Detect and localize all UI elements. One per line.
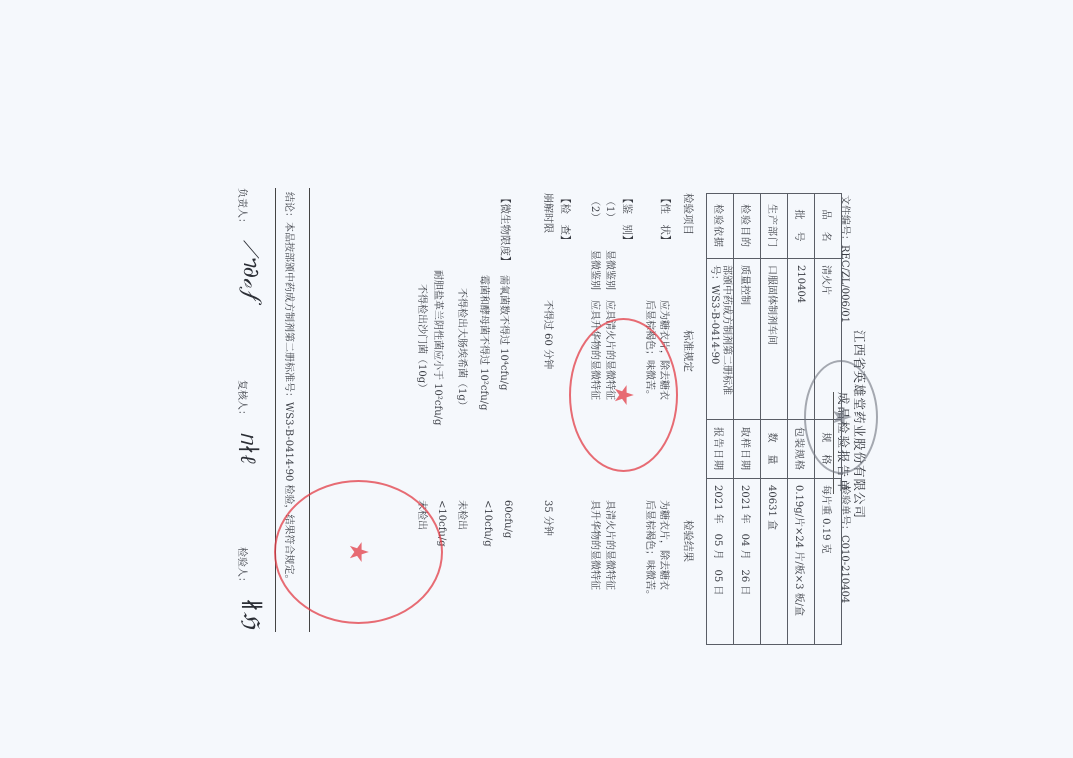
identification-2-name: 显微鉴别 [589, 250, 604, 290]
report-date-value: 2021 年 05 月 05 日 [707, 479, 734, 645]
product-name-label: 品 名 [815, 194, 842, 259]
star-icon: ★ [826, 405, 856, 428]
identification-1-name: 显微鉴别 [604, 250, 619, 290]
microbial-5-standard: 不得检出沙门菌（10g） [416, 284, 431, 393]
identification-2-no: （2） [589, 196, 604, 222]
inspection-title: 【检 查】 [558, 193, 573, 246]
department-label: 生产部门 [761, 194, 788, 259]
header-standard: 标准规定 [681, 330, 696, 372]
quantity-value: 40631 盒 [761, 479, 788, 645]
appearance-result-2: 后显棕褐色；味微苦。 [644, 500, 659, 600]
conclusion-label: 结论： [283, 192, 294, 222]
microbial-4-standard: 耐胆盐革兰阴性菌应小于 10²cfu/g [432, 270, 447, 425]
microbial-3-standard: 不得检出大肠埃希菌（1g） [456, 288, 471, 411]
purpose-value: 质量控制 [734, 259, 761, 420]
disintegration-standard: 不得过 60 分钟 [542, 300, 557, 369]
quantity-label: 数 量 [761, 420, 788, 479]
reviewer-label: 复核人： [236, 380, 251, 420]
table-row: 检验依据 部颁中药成方制剂第二册标准号：WS3-B-0414-90 报告日期 2… [707, 194, 734, 645]
inspection-report-page: 江西省英雄堂药业股份有限公司 文件编号：REC/ZL/006/01 成品检验报告… [0, 0, 1073, 758]
batch-label: 批 号 [788, 194, 815, 259]
inspector-label: 检验人： [236, 547, 251, 587]
microbial-1-result: 60cfu/g [502, 500, 513, 538]
microbial-2-result: <10cfu/g [482, 500, 493, 547]
gray-quality-stamp: ★ [804, 360, 878, 474]
identification-title: 【鉴 别】 [620, 193, 635, 246]
basis-label: 检验依据 [707, 194, 734, 259]
appearance-title: 【性 状】 [658, 193, 673, 246]
basis-value: 部颁中药成方制剂第二册标准号：WS3-B-0414-90 [707, 259, 734, 420]
header-item: 检验项目 [681, 193, 696, 235]
microbial-3-result: 未检出 [456, 500, 471, 530]
table-row: 生产部门 口服固体制剂车间 数 量 40631 盒 [761, 194, 788, 645]
red-qa-stamp: ★ [274, 480, 443, 624]
identification-2-result: 具升华物的显微特征 [589, 500, 604, 590]
star-icon: ★ [344, 540, 374, 563]
sampling-date-label: 取样日期 [734, 420, 761, 479]
report-date-label: 报告日期 [707, 420, 734, 479]
identification-1-result: 具清火片的显微特征 [604, 500, 619, 590]
identification-1-no: （1） [604, 196, 619, 222]
header-result: 检验结果 [681, 520, 696, 562]
microbial-1-standard: 需氧菌数不得过 10⁴cfu/g [498, 275, 513, 390]
red-company-stamp: ★ [569, 318, 678, 472]
star-icon: ★ [609, 383, 639, 406]
reviewer-signature: ᥒ∤ℓ [235, 432, 261, 464]
inspector-signature: ∦ℌ [238, 598, 263, 629]
responsible-signature: ⟋ᥐ∂ℴ⨏ [238, 240, 263, 301]
microbial-2-standard: 霉菌和酵母菌不得过 10²cfu/g [478, 275, 493, 410]
table-row: 检验目的 质量控制 取样日期 2021 年 04 月 26 日 [734, 194, 761, 645]
appearance-result-1: 为糖衣片，除去糖衣 [658, 500, 673, 590]
purpose-label: 检验目的 [734, 194, 761, 259]
microbial-title: 【微生物限度】 [498, 193, 513, 267]
packaging-value: 0.19g/片×24 片/板×3 板/盒 [788, 479, 815, 645]
sampling-date-value: 2021 年 04 月 26 日 [734, 479, 761, 645]
disintegration-name: 崩解时限 [542, 193, 557, 233]
disintegration-result: 35 分钟 [542, 500, 557, 536]
department-value: 口服固体制剂车间 [761, 259, 788, 420]
spec-value: 每片重 0.19 克 [815, 479, 842, 645]
responsible-label: 负责人： [236, 188, 251, 228]
